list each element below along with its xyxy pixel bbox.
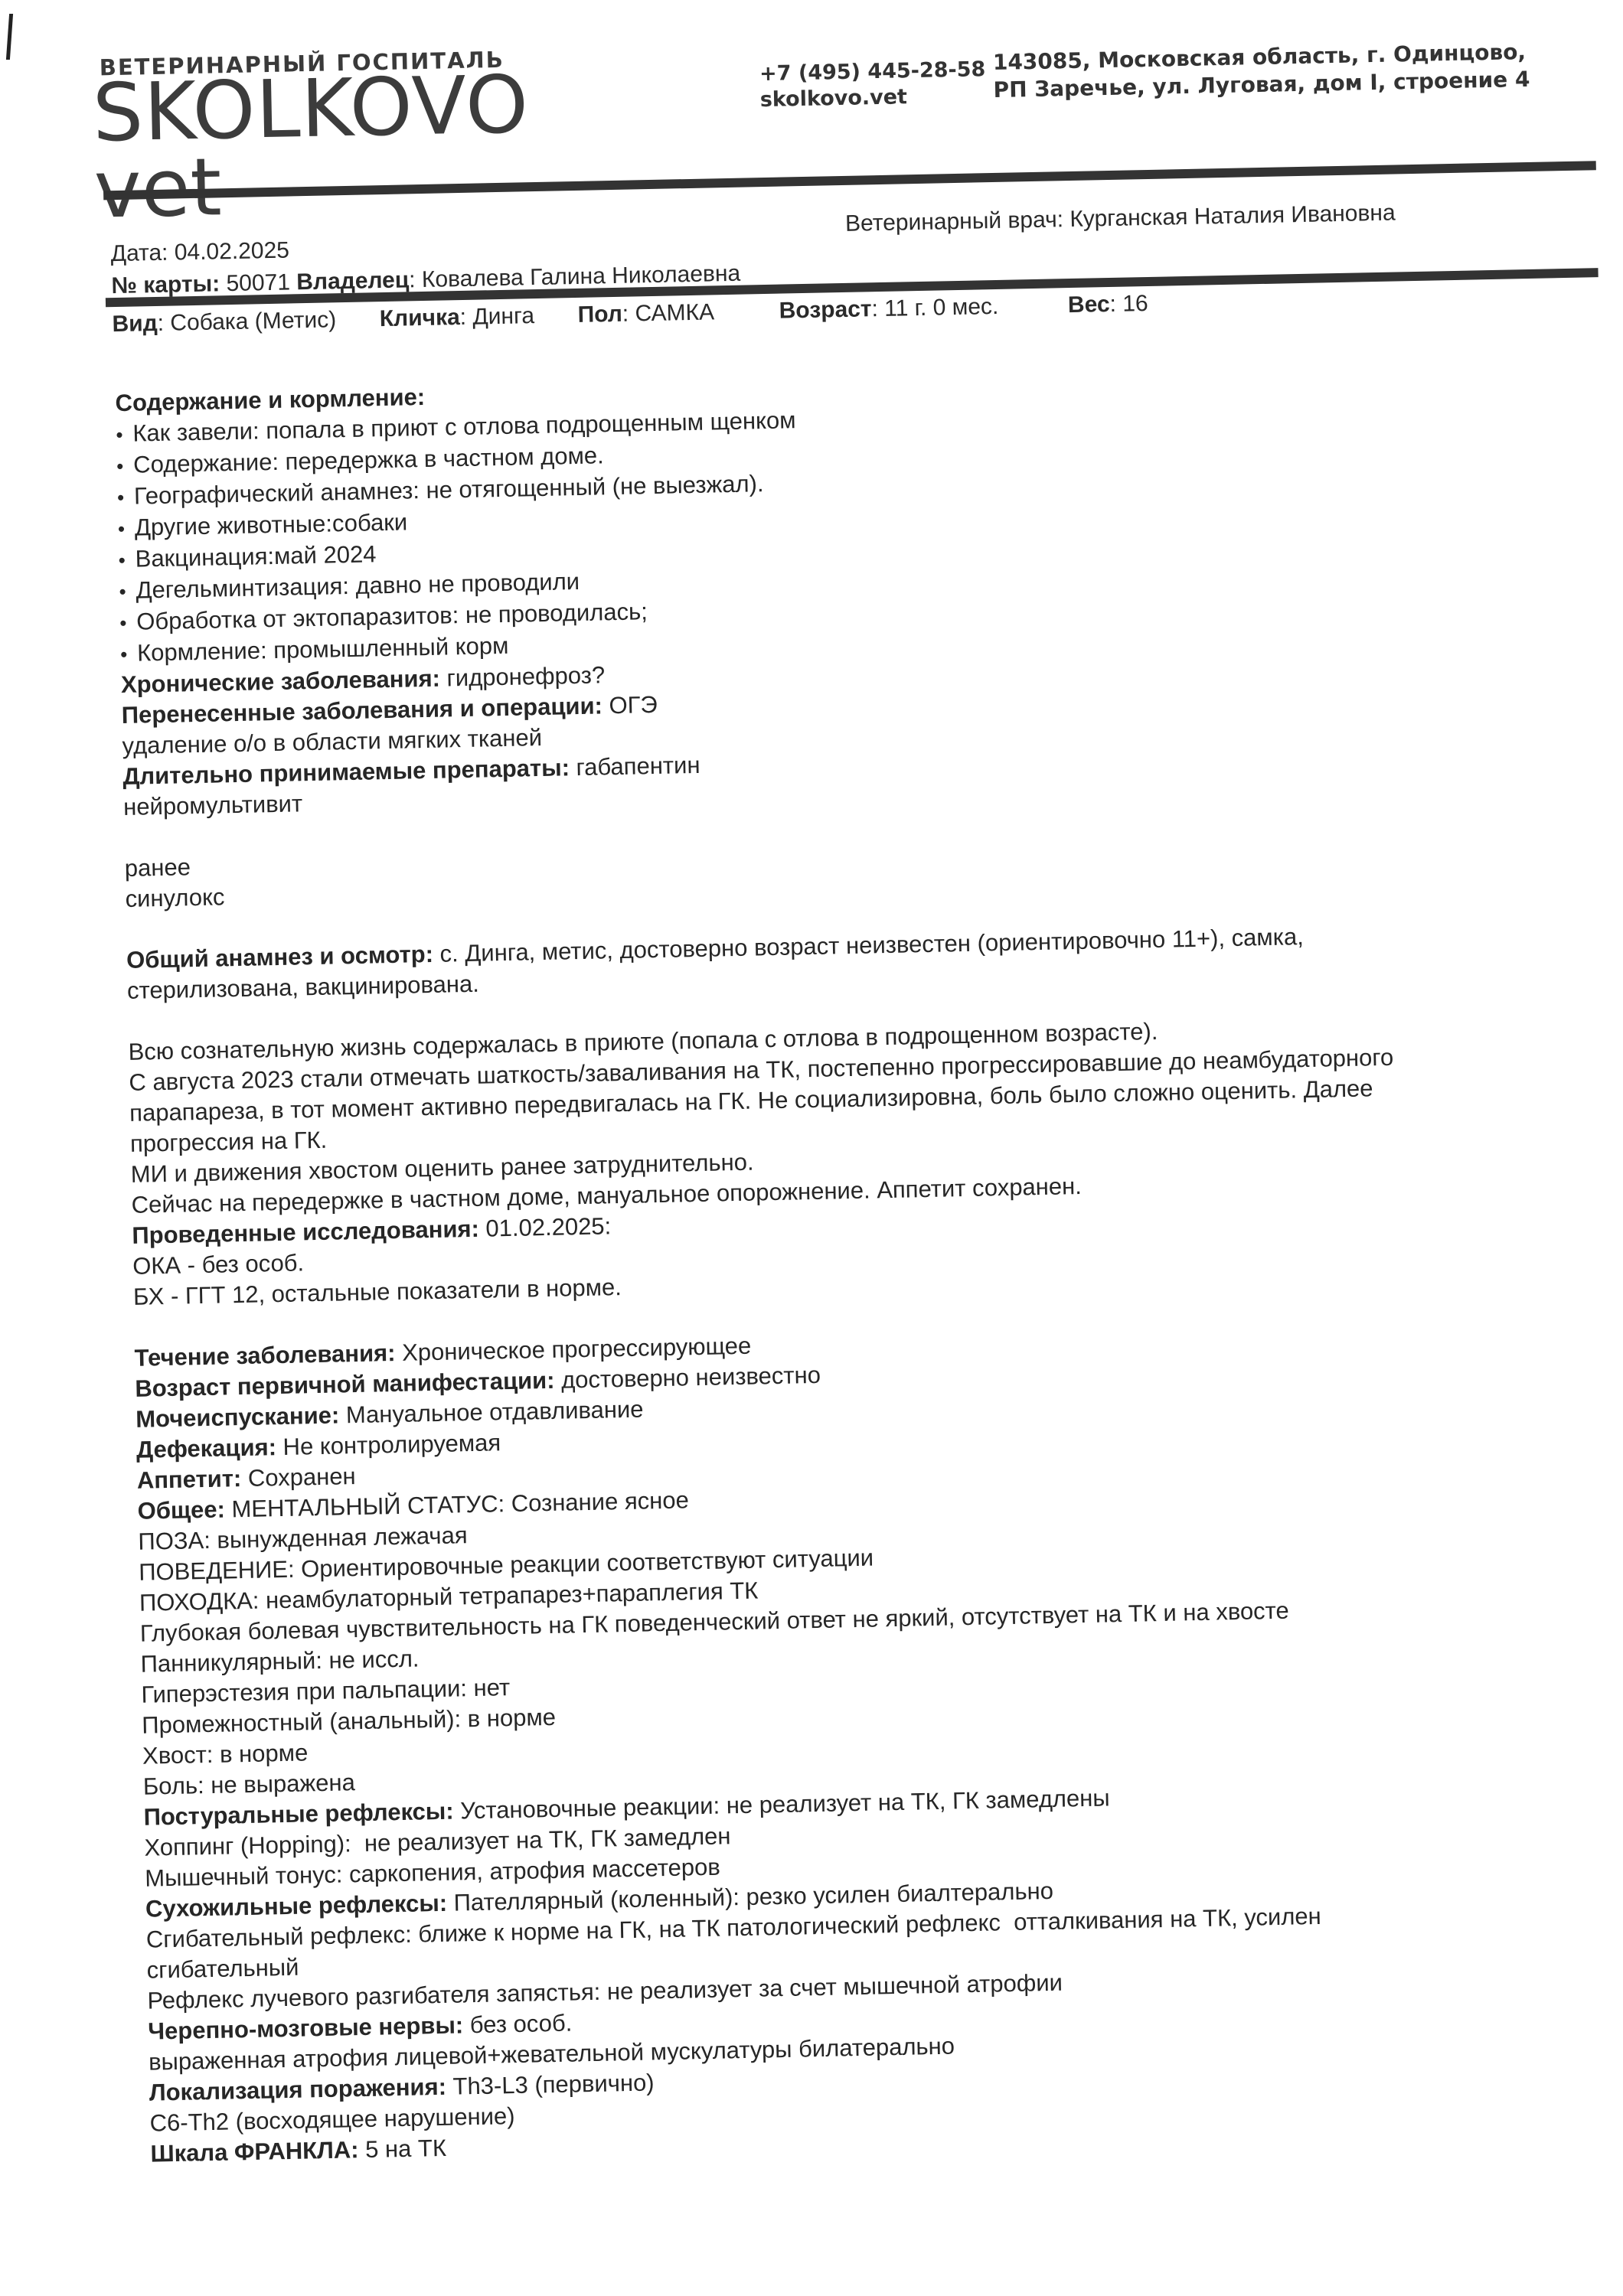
frankel-value: 5 на ТК	[365, 2135, 447, 2163]
card-value: 50071	[226, 269, 290, 296]
housing-list: Как завели: попала в приют с отлова подр…	[116, 390, 1575, 670]
onset-value: достоверно неизвестно	[561, 1362, 821, 1394]
phone: +7 (495) 445-28-58	[759, 57, 986, 87]
course-label: Течение заболевания:	[134, 1339, 396, 1371]
appetite-label: Аппетит:	[137, 1465, 242, 1494]
chronic-label: Хронические заболевания:	[121, 665, 441, 698]
card-label: № карты:	[111, 271, 220, 298]
defecation-value: Не контролируемая	[282, 1429, 501, 1460]
tendon-label: Сухожильные рефлексы:	[145, 1890, 448, 1923]
postural-label: Постуральные рефлексы:	[143, 1798, 454, 1831]
header-divider	[103, 161, 1596, 200]
species-label: Вид	[112, 311, 158, 337]
urination-label: Мочеиспускание:	[136, 1401, 340, 1432]
general-label: Общее:	[137, 1496, 225, 1525]
chronic-value: гидронефроз?	[446, 661, 605, 691]
past-value: ОГЭ	[609, 691, 658, 719]
meds-value: габапентин	[576, 752, 700, 781]
anamnesis-lines: Всю сознательную жизнь содержалась в при…	[128, 1008, 1585, 1221]
studies-label: Проведенные исследования:	[132, 1215, 479, 1249]
localization-label: Локализация поражения:	[149, 2073, 447, 2106]
appetite-value: Сохранен	[248, 1463, 356, 1492]
anamnesis-label: Общий анамнез и осмотр:	[126, 941, 433, 974]
veterinarian: Ветеринарный врач: Курганская Наталия Ив…	[845, 200, 1396, 236]
contacts: +7 (495) 445-28-58 skolkovo.vet	[759, 57, 986, 113]
defecation-label: Дефекация:	[136, 1433, 277, 1463]
studies-date: 01.02.2025:	[485, 1212, 611, 1241]
owner-label: Владелец	[296, 267, 410, 295]
website: skolkovo.vet	[759, 83, 986, 113]
weight-value: 16	[1122, 291, 1148, 317]
cranial-label: Черепно-мозговые нервы:	[148, 2011, 464, 2044]
record-body: Содержание и кормление: Как завели: попа…	[115, 359, 1605, 2170]
frankel-label: Шкала ФРАНКЛА:	[150, 2136, 359, 2167]
localization-value: Th3-L3 (первично)	[452, 2069, 655, 2099]
species-value: Собака (Метис)	[170, 307, 336, 335]
weight-label: Вес	[1068, 292, 1110, 318]
brand-logo: SKOLKOVO	[92, 64, 530, 152]
visit-date: Дата: 04.02.2025	[110, 237, 289, 267]
urination-value: Мануальное отдавливание	[346, 1396, 644, 1429]
sex-value: САМКА	[635, 299, 714, 326]
age-label: Возраст	[779, 296, 872, 323]
meds-label: Длительно принимаемые препараты:	[122, 754, 570, 790]
cranial-value: без особ.	[469, 2010, 572, 2039]
age-value: 11 г. 0 мес.	[884, 294, 999, 321]
exam-lines: ПОЗА: вынужденная лежачаяПОВЕДЕНИЕ: Орие…	[138, 1498, 1598, 1802]
pet-name-value: Динга	[472, 303, 534, 330]
address: 143085, Московская область, г. Одинцово,…	[993, 38, 1530, 104]
vet-label: Ветеринарный врач:	[845, 207, 1064, 236]
date-value: 04.02.2025	[174, 237, 289, 265]
date-label: Дата:	[110, 240, 168, 266]
vet-value: Курганская Наталия Ивановна	[1069, 200, 1396, 232]
sex-label: Пол	[577, 302, 622, 328]
course-value: Хроническое прогрессирующее	[402, 1332, 752, 1366]
medical-record-page: ВЕТЕРИНАРНЫЙ ГОСПИТАЛЬ SKOLKOVO vet +7 (…	[0, 0, 1623, 2295]
pet-name-label: Кличка	[379, 305, 460, 331]
